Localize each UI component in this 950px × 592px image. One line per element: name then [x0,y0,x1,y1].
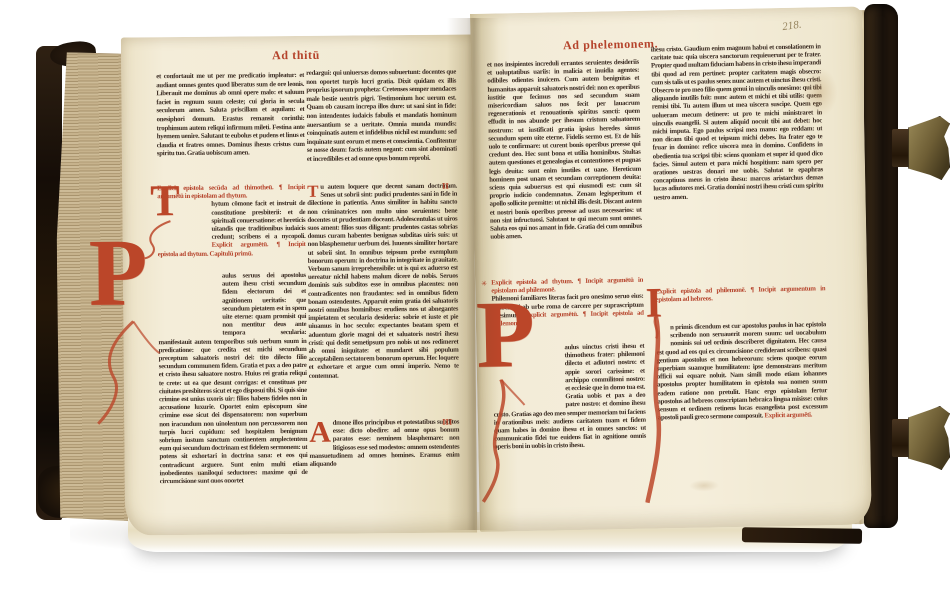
left-page: Ad thitū et confortauit me ut per me pre… [121,34,477,535]
left-page-column-2: redargui: qui uniuersas domos subuertunt… [306,69,460,484]
text-block: n primis dicendum est cur apostolus paul… [656,321,829,474]
body-text: dmone illos principibus et potestatibus … [309,419,459,468]
right-page-column-2: ihesu cristo. Gaudium enim magnum habui … [651,43,829,478]
bottom-board-edge [742,527,862,544]
clasp-bottom [892,406,950,470]
body-text: et confortauit me ut per me predicatio i… [156,72,305,158]
lombard-initial-P: P [89,233,148,312]
body-text: redargui: qui uniuersas domos subuertunt… [306,69,457,163]
chapter-numeral-II: II [442,181,449,191]
clasp-top [892,116,950,180]
photo-background: Ad thitū et confortauit me ut per me pre… [0,0,950,592]
body-text: ihesu cristo. Gaudium enim magnum habui … [651,43,824,201]
text-block: et confortauit me ut per me predicatio i… [156,72,305,185]
text-block: T u autem loquere que decent sanam doctr… [307,183,459,420]
body-text: et nos insipientes increduli errantes se… [487,59,642,241]
clasp-brass-catch [908,116,950,180]
rubric: Explicit argumētū. ¶ Incipit epistola ad… [158,241,306,257]
body-text: hytum cōmone facit et instruit de consti… [211,200,305,241]
folio-number: 218. [782,19,803,34]
stain [689,479,719,492]
initial-spacer [158,273,223,334]
text-block: A dmone illos principibus et potestatibu… [309,419,460,482]
text-block: Explicit epistola ad philemonē. ¶ Incipi… [655,285,826,324]
text-block: et nos insipientes increduli errantes se… [487,59,643,280]
rubric: Explicit argumēti. [764,412,812,420]
right-page-column-1: et nos insipientes increduli errantes se… [487,59,647,474]
text-block: aulus seruus dei apostolus autem ihesu c… [158,272,308,483]
drop-cap-A: A [309,420,331,446]
text-block: ihesu cristo. Gaudium enim magnum habui … [651,43,826,288]
lombard-initial-P: P [475,295,535,375]
lombard-initial-I: I [645,286,662,321]
lombard-initial-T: T [150,183,180,219]
left-page-column-1: et confortauit me ut per me predicatio i… [156,72,308,485]
text-block: redargui: qui uniuersas domos subuertunt… [306,69,457,184]
body-text: u autem loquere que decent sanam doctrin… [307,183,458,380]
rubric: Explicit epistola ad philemonē. ¶ Incipi… [655,285,825,305]
clasp-brass-catch [908,406,950,470]
drop-cap-T: T [307,184,318,199]
right-page: Ad phelemonem. 218. et nos insipientes i… [470,6,872,531]
chapter-numeral-III: III [442,417,452,427]
body-text: n primis dicendum est cur apostolus paul… [656,321,827,421]
running-head-left: Ad thitū [196,47,396,63]
initial-spacer [656,324,670,342]
